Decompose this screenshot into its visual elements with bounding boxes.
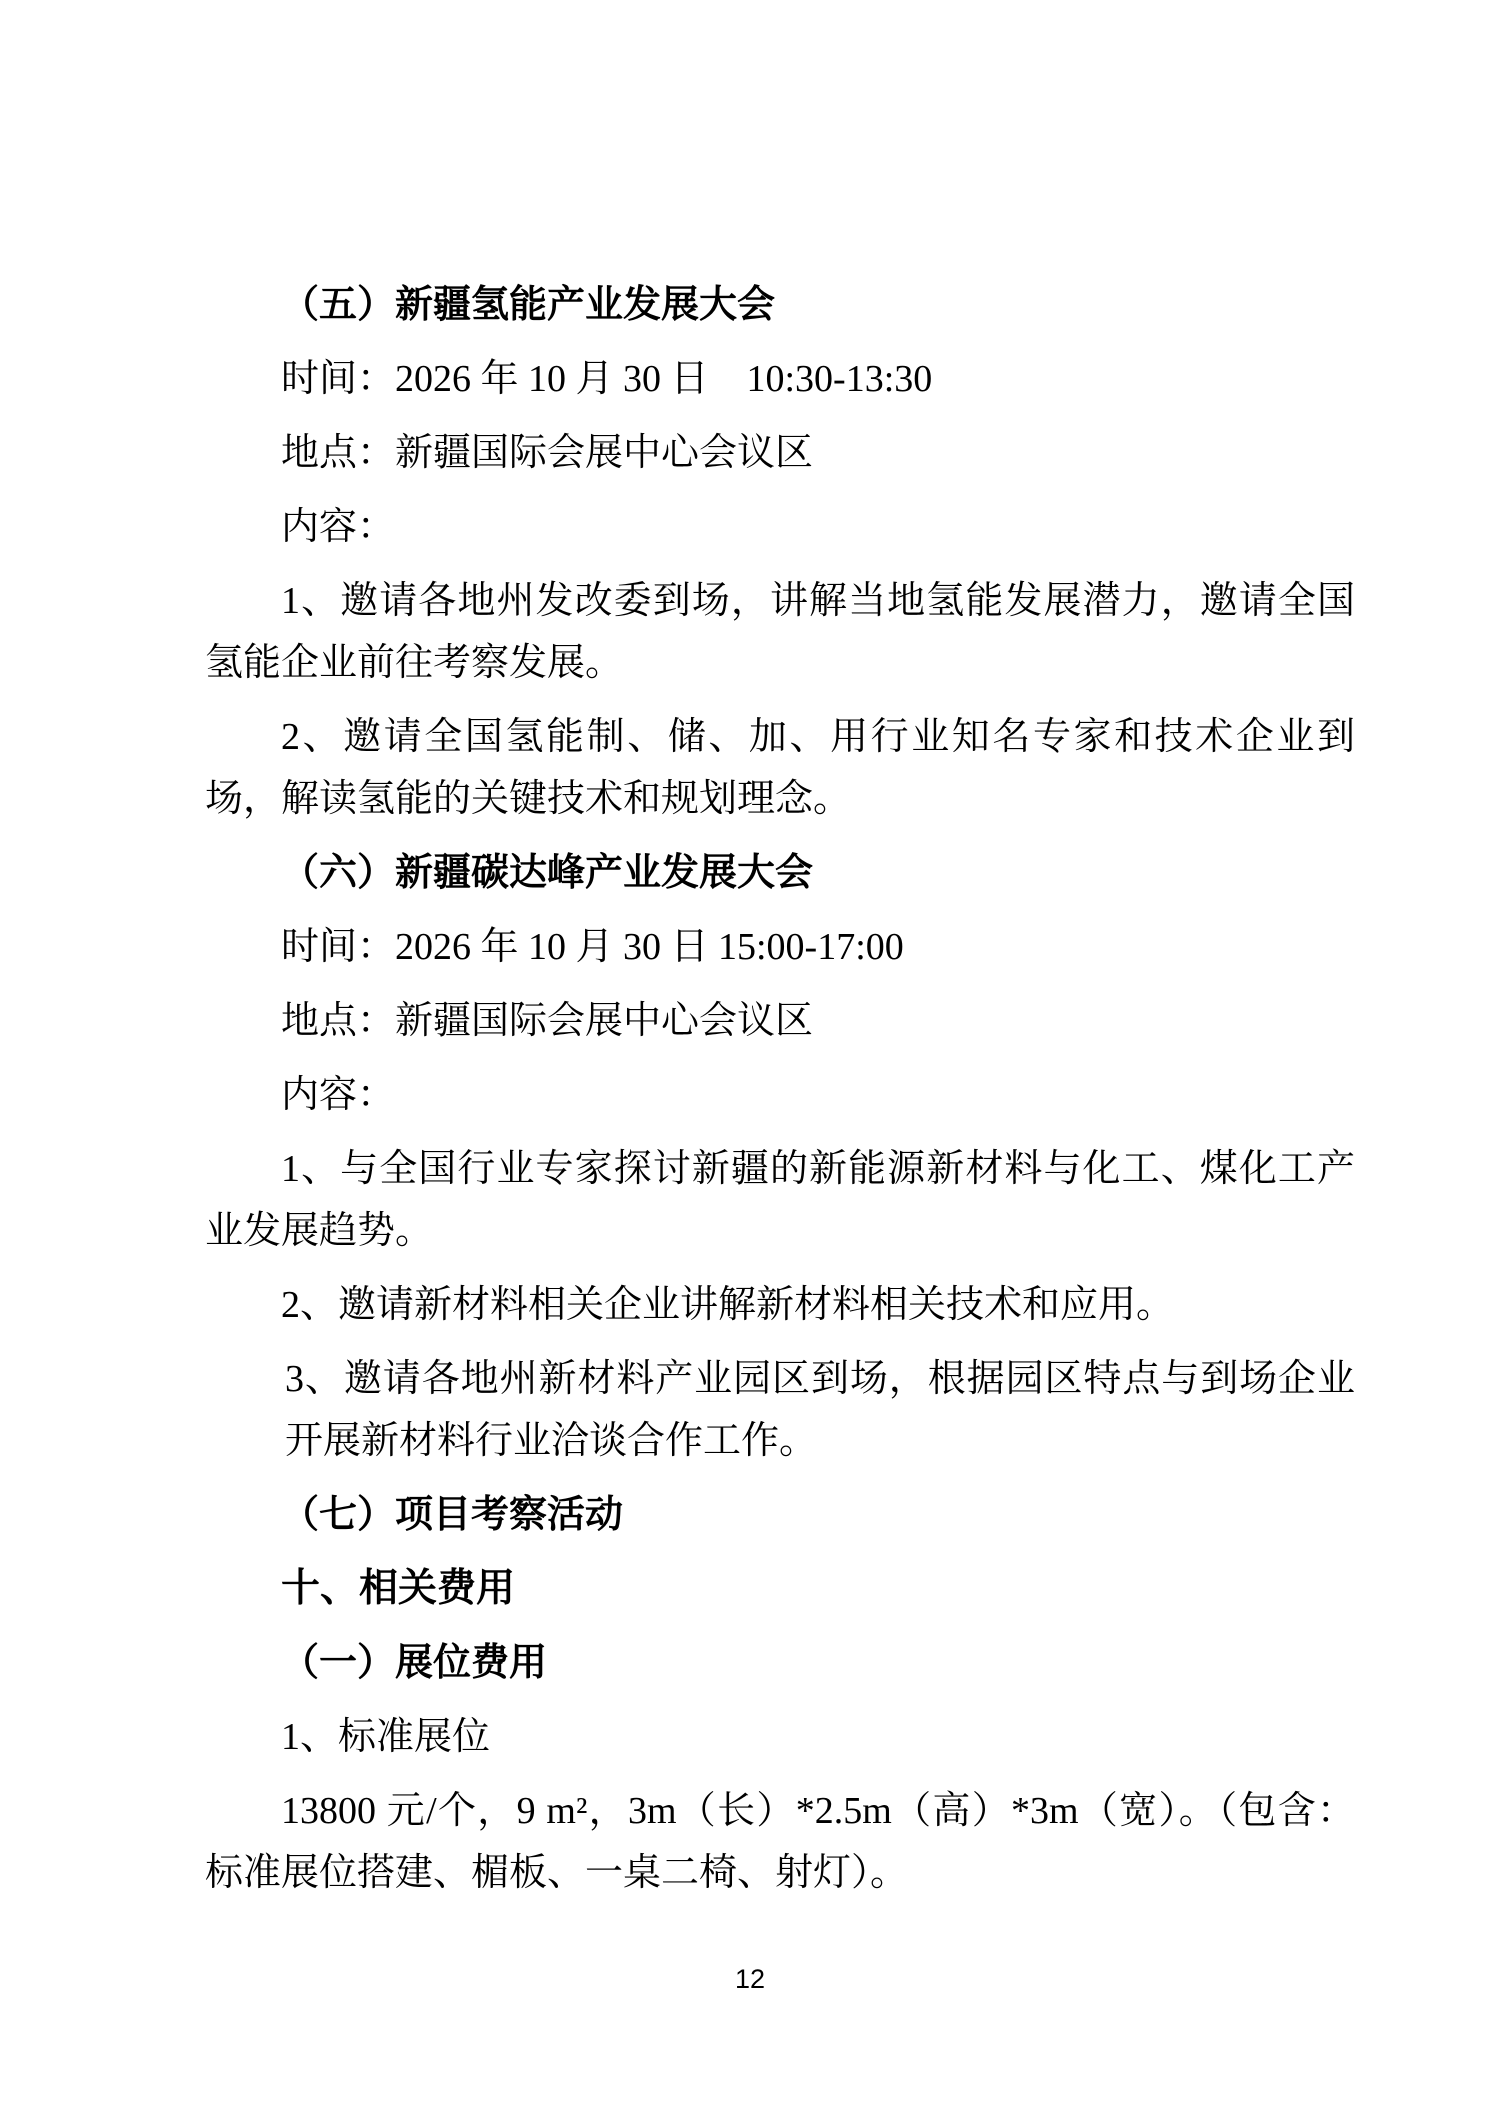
document-body: （五）新疆氢能产业发展大会时间：2026 年 10 月 30 日 10:30-1…	[205, 274, 1355, 1916]
paragraph: 2、邀请新材料相关企业讲解新材料相关技术和应用。	[205, 1274, 1355, 1336]
section-heading: （五）新疆氢能产业发展大会	[205, 274, 1355, 336]
paragraph: 1、标准展位	[205, 1706, 1355, 1768]
section-heading: （六）新疆碳达峰产业发展大会	[205, 842, 1355, 904]
paragraph: 1、邀请各地州发改委到场，讲解当地氢能发展潜力，邀请全国氢能企业前往考察发展。	[205, 570, 1355, 694]
document-page: （五）新疆氢能产业发展大会时间：2026 年 10 月 30 日 10:30-1…	[0, 0, 1500, 2121]
section-heading: （七）项目考察活动	[205, 1484, 1355, 1546]
paragraph: 地点：新疆国际会展中心会议区	[205, 990, 1355, 1052]
page-number: 12	[0, 1962, 1500, 1996]
paragraph: 内容：	[205, 496, 1355, 558]
paragraph: 内容：	[205, 1064, 1355, 1126]
paragraph: 1、与全国行业专家探讨新疆的新能源新材料与化工、煤化工产业发展趋势。	[205, 1138, 1355, 1262]
paragraph: 2、邀请全国氢能制、储、加、用行业知名专家和技术企业到场，解读氢能的关键技术和规…	[205, 706, 1355, 830]
paragraph: 时间：2026 年 10 月 30 日 15:00-17:00	[205, 916, 1355, 978]
paragraph: 3、邀请各地州新材料产业园区到场，根据园区特点与到场企业开展新材料行业洽谈合作工…	[205, 1348, 1355, 1472]
paragraph: 地点：新疆国际会展中心会议区	[205, 422, 1355, 484]
section-heading: （一）展位费用	[205, 1632, 1355, 1694]
paragraph: 13800 元/个，9 m²，3m（长）*2.5m（高）*3m（宽）。（包含：标…	[205, 1780, 1355, 1904]
chapter-heading: 十、相关费用	[205, 1558, 1355, 1620]
paragraph: 时间：2026 年 10 月 30 日 10:30-13:30	[205, 348, 1355, 410]
